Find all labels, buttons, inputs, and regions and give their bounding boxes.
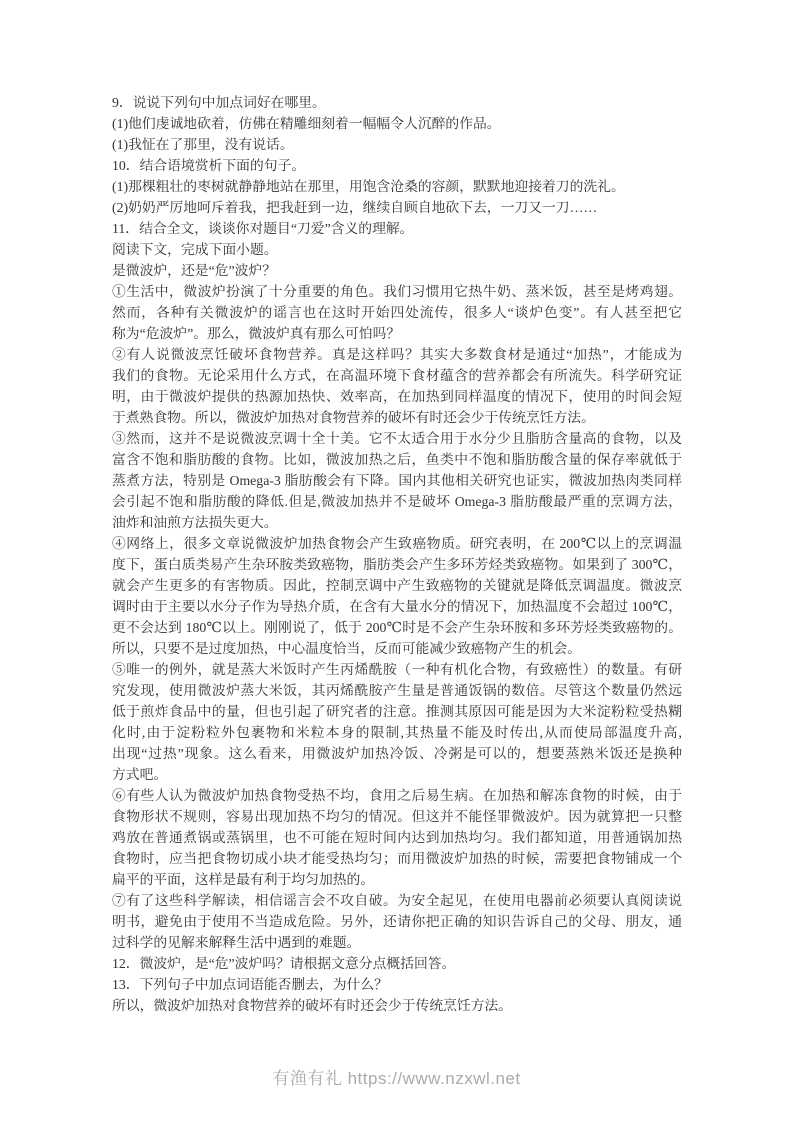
text-line: 我们的食物。无论采用什么方式，在高温环境下食材蕴含的营养都会有所流失。科学研究证 [112,365,682,386]
text-line: 12．微波炉，是“危”波炉吗？请根据文意分点概括回答。 [112,953,682,974]
text-line: 10．结合语境赏析下面的句子。 [112,155,682,176]
text-line: (2)奶奶严厉地呵斥着我，把我赶到一边，继续自顾自地砍下去，一刀又一刀…… [112,197,682,218]
text-line: 化时,由于淀粉粒外包裹物和米粒本身的限制,其热量不能及时传出,从而使局部温度升高… [112,722,682,743]
text-line: 方式吧。 [112,764,682,785]
text-line: 富含不饱和脂肪酸的食物。比如，微波加热之后，鱼类中不饱和脂肪酸含量的保存率就低于 [112,449,682,470]
text-line: (1)我怔在了那里，没有说话。 [112,134,682,155]
text-line: ⑤唯一的例外，就是蒸大米饭时产生丙烯酰胺（一种有机化合物，有致癌性）的数量。有研 [112,659,682,680]
text-line: ②有人说微波烹饪破坏食物营养。真是这样吗？其实大多数食材是通过“加热”，才能成为 [112,344,682,365]
text-line: ⑦有了这些科学解读，相信谣言会不攻自破。为安全起见，在使用电器前必须要认真阅读说 [112,890,682,911]
text-line: 低于煎炸食品中的量，但也引起了研究者的注意。推测其原因可能是因为大米淀粉粒受热糊 [112,701,682,722]
text-line: 是微波炉，还是“危”波炉？ [112,260,682,281]
text-line: 所以，微波炉加热对食物营养的破坏有时还会少于传统烹饪方法。 [112,995,682,1016]
text-line: 出现“过热”现象。这么看来，用微波炉加热冷饭、冷粥是可以的，想要蒸熟米饭还是换种 [112,743,682,764]
text-line: 度下，蛋白质类易产生杂环胺类致癌物，脂肪类会产生多环芳烃类致癌物。如果到了 30… [112,554,682,575]
text-line: 蒸煮方法，特别是 Omega-3 脂肪酸会有下降。国内其他相关研究也证实，微波加… [112,470,682,491]
text-line: 鸡放在普通煮锅或蒸锅里，也不可能在短时间内达到加热均匀。我们都知道，用普通锅加热 [112,827,682,848]
text-line: ③然而，这并不是说微波烹调十全十美。它不太适合用于水分少且脂肪含量高的食物，以及 [112,428,682,449]
text-line: 食物时，应当把食物切成小块才能受热均匀；而用微波炉加热的时候，需要把食物铺成一个 [112,848,682,869]
text-line: 11．结合全文，谈谈你对题目“刀爱”含义的理解。 [112,218,682,239]
text-line: 所以，只要不是过度加热，中心温度恰当，反而可能减少致癌物产生的机会。 [112,638,682,659]
text-line: 调时由于主要以水分子作为导热介质，在含有大量水分的情况下，加热温度不会超过 10… [112,596,682,617]
footer-watermark: 有渔有礼 https://www.nzxwl.net [0,1064,793,1089]
text-line: 称为“危波炉”。那么，微波炉真有那么可怕吗？ [112,323,682,344]
text-line: ⑥有些人认为微波炉加热食物受热不均，食用之后易生病。在加热和解冻食物的时候，由于 [112,785,682,806]
text-line: 更不会达到 180℃以上。刚刚说了，低于 200℃时是不会产生杂环胺和多环芳烃类… [112,617,682,638]
text-line: 究发现，使用微波炉蒸大米饭，其丙烯酰胺产生量是普通饭锅的数倍。尽管这个数量仍然远 [112,680,682,701]
text-line: 扁平的平面，这样是最有利于均匀加热的。 [112,869,682,890]
text-line: 明，由于微波炉提供的热源加热快、效率高，在加热到同样温度的情况下，使用的时间会短 [112,386,682,407]
text-line: 过科学的见解来解释生活中遇到的难题。 [112,932,682,953]
text-line: ①生活中，微波炉扮演了十分重要的角色。我们习惯用它热牛奶、蒸米饭，甚至是烤鸡翅。 [112,281,682,302]
text-line: (1)他们虔诚地砍着，仿佛在精雕细刻着一幅幅令人沉醉的作品。 [112,113,682,134]
text-line: (1)那棵粗壮的枣树就静静地站在那里，用饱含沧桑的容颜，默默地迎接着刀的洗礼。 [112,176,682,197]
text-line: 就会产生更多的有害物质。因此，控制烹调中产生致癌物的关键就是降低烹调温度。微波烹 [112,575,682,596]
text-line: 阅读下文，完成下面小题。 [112,239,682,260]
document-body: 9．说说下列句中加点词好在哪里。(1)他们虔诚地砍着，仿佛在精雕细刻着一幅幅令人… [112,92,682,1016]
text-line: ④网络上，很多文章说微波炉加热食物会产生致癌物质。研究表明，在 200℃以上的烹… [112,533,682,554]
text-line: 食物形状不规则，容易出现加热不均匀的情况。但这并不能怪罪微波炉。因为就算把一只整 [112,806,682,827]
text-line: 于煮熟食物。所以，微波炉加热对食物营养的破坏有时还会少于传统烹饪方法。 [112,407,682,428]
text-line: 会引起不饱和脂肪酸的降低.但是,微波加热并不是破坏 Omega-3 脂肪酸最严重… [112,491,682,512]
text-line: 明书，避免由于使用不当造成危险。另外，还请你把正确的知识告诉自己的父母、朋友，通 [112,911,682,932]
document-page: 9．说说下列句中加点词好在哪里。(1)他们虔诚地砍着，仿佛在精雕细刻着一幅幅令人… [0,0,793,1122]
text-line: 然而，各种有关微波炉的谣言也在这时开始四处流传，很多人“谈炉色变”。有人甚至把它 [112,302,682,323]
text-line: 油炸和油煎方法损失更大。 [112,512,682,533]
text-line: 13．下列句子中加点词语能否删去，为什么？ [112,974,682,995]
text-line: 9．说说下列句中加点词好在哪里。 [112,92,682,113]
